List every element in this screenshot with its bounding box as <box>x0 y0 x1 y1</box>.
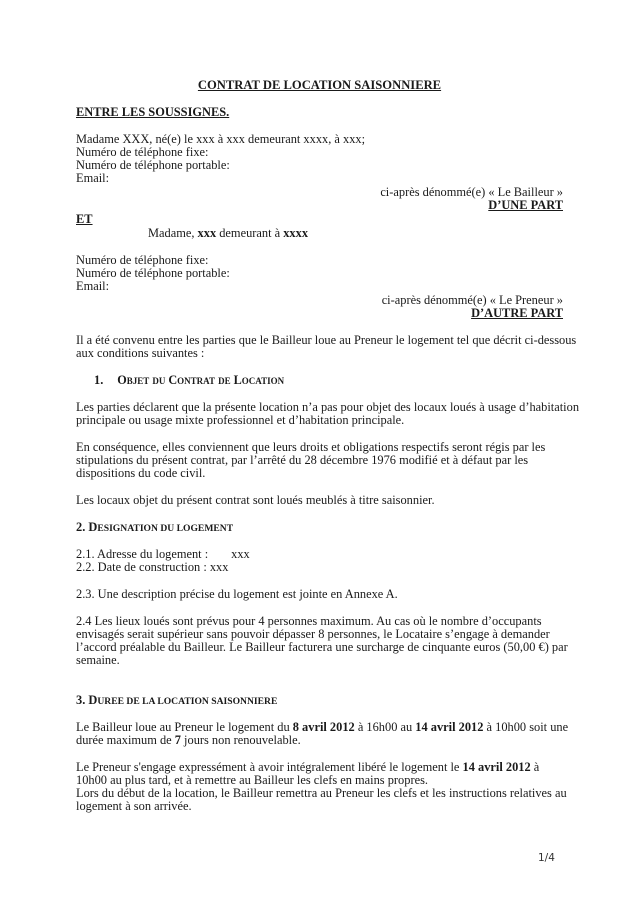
parties-heading: ENTRE LES SOUSSIGNES. <box>76 106 563 120</box>
preneur-side: D’AUTRE PART <box>76 307 563 321</box>
preneur-identity: Madame, xxx demeurant à xxxx <box>148 227 635 241</box>
intro-line-2: aux conditions suivantes : <box>76 347 563 361</box>
section-3-heading: 3. DUREE DE LA LOCATION SAISONNIERE <box>76 694 563 709</box>
section-1-p1-line-2: principale ou usage mixte professionnel … <box>76 414 563 428</box>
et-label: ET <box>76 213 563 227</box>
document-title: CONTRAT DE LOCATION SAISONNIERE <box>76 79 563 93</box>
preneur-phone-mobile: Numéro de téléphone portable: <box>76 267 563 281</box>
section-3-p1-line-2: durée maximum de 7 jours non renouvelabl… <box>76 734 563 748</box>
bailleur-side: D’UNE PART <box>76 199 563 213</box>
section-1-heading: 1.Objet du Contrat de Location <box>94 374 581 388</box>
section-2-description: 2.3. Une description précise du logement… <box>76 588 563 602</box>
section-1-p3: Les locaux objet du présent contrat sont… <box>76 494 563 508</box>
section-2-p4-line-3: l’accord préalable du Bailleur. Le Baill… <box>76 641 563 655</box>
section-1-p2-line-3: dispositions du code civil. <box>76 467 563 481</box>
section-3-p3-line-2: logement à son arrivée. <box>76 800 563 814</box>
bailleur-phone-mobile: Numéro de téléphone portable: <box>76 159 563 173</box>
section-2-construction: 2.2. Date de construction : xxx <box>76 561 563 575</box>
section-2-heading: 2. DESIGNATION DU LOGEMENT <box>76 521 563 536</box>
bailleur-email: Email: <box>76 172 563 186</box>
section-2-p4-line-4: semaine. <box>76 654 563 668</box>
page-number: 1/4 <box>538 852 555 866</box>
preneur-email: Email: <box>76 280 563 294</box>
